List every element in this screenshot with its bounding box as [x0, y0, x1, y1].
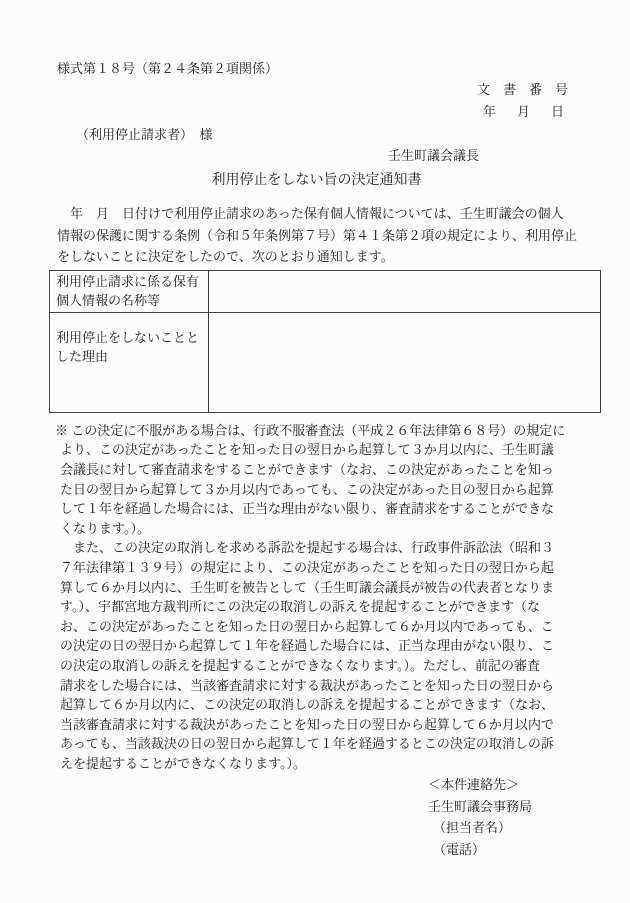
text-line: 起算して６か月以内に、この決定の取消しの訴えを提起することができます（なお、 [60, 695, 576, 715]
text-line: ※ この決定に不服がある場合は、行政不服審査法（平成２６年法律第６８号）の規定に [55, 421, 576, 441]
row-value-personal-info-name [209, 270, 601, 312]
document-title: 利用停止をしない旨の決定通知書 [57, 173, 576, 189]
document-number-label: 文 書 番 号 [57, 83, 576, 97]
text-line: くなります。）。 [60, 519, 576, 539]
text-line: 算して６か月以内に、壬生町を被告として（壬生町議会議長が被告の代表者となりま [60, 578, 576, 598]
contact-block: ＜本件連絡先＞ 壬生町議会事務局 （担当者名） （電話） [57, 774, 576, 860]
row-label-reason: 利用停止をしないこととした理由 [50, 312, 209, 412]
text-line: また、この決定の取消しを求める訴訟を提起する場合は、行政事件訴訟法（昭和３ [60, 538, 576, 558]
text-line: 会議長に対して審査請求をすることができます（なお、この決定があったことを知っ [60, 460, 576, 480]
note-paragraph: ※ この決定に不服がある場合は、行政不服審査法（平成２６年法律第６８号）の規定に… [57, 421, 576, 774]
info-table: 利用停止請求に係る保有個人情報の名称等 利用停止をしないこととした理由 [49, 270, 601, 413]
text-line: の決定の取消しの訴えを提起することができなくなります。）。ただし、前記の審査 [60, 656, 576, 676]
text-line: お、この決定があったことを知った日の翌日から起算して６か月以内であっても、こ [60, 617, 576, 637]
table-row: 利用停止請求に係る保有個人情報の名称等 [50, 270, 601, 312]
text-line: の決定の日の翌日から起算して１年を経過した場合には、正当な理由がない限り、こ [60, 636, 576, 656]
text-line: して１年を経過した場合には、正当な理由がない限り、審査請求をすることができな [60, 499, 576, 519]
document-date-label: 年 月 日 [57, 105, 576, 119]
row-value-reason [209, 312, 601, 412]
text-line: す。）、宇都宮地方裁判所にこの決定の取消しの訴えを提起することができます（な [60, 597, 576, 617]
addressee: （利用停止請求者） 様 [57, 128, 576, 142]
sender-title: 壬生町議会議長 [57, 149, 576, 163]
document-page: 様式第１８号（第２４条第２項関係） 文 書 番 号 年 月 日 （利用停止請求者… [0, 0, 630, 903]
text-line: あっても、当該裁決の日の翌日から起算して１年を経過するとこの決定の取消しの訴 [60, 734, 576, 754]
contact-office: 壬生町議会事務局 [57, 796, 576, 818]
text-line: 年 月 日付けで利用停止請求のあった保有個人情報については、壬生町議会の個人 [57, 203, 576, 225]
text-line: 当該審査請求に対する裁決があったことを知った日の翌日から起算して６か月以内で [60, 715, 576, 735]
text-line: 情報の保護に関する条例（令和５年条例第７号）第４１条第２項の規定により、利用停止 [57, 225, 576, 247]
text-line: えを提起することができなくなります。）。 [60, 754, 576, 774]
form-number: 様式第１８号（第２４条第２項関係） [57, 62, 576, 76]
text-line: ７年法律第１３９号）の規定により、この決定があったことを知った日の翌日から起 [60, 558, 576, 578]
body-paragraph: 年 月 日付けで利用停止請求のあった保有個人情報については、壬生町議会の個人情報… [57, 203, 576, 268]
contact-phone: （電話） [57, 839, 576, 861]
text-line: 請求をした場合には、当該審査請求に対する裁決があったことを知った日の翌日から [60, 676, 576, 696]
table-row: 利用停止をしないこととした理由 [50, 312, 601, 412]
text-line: をしないことに決定をしたので、次のとおり通知します。 [57, 246, 576, 268]
contact-person: （担当者名） [57, 817, 576, 839]
text-line: より、この決定があったことを知った日の翌日から起算して３か月以内に、壬生町議 [60, 440, 576, 460]
row-label-personal-info-name: 利用停止請求に係る保有個人情報の名称等 [50, 270, 209, 312]
text-line: た日の翌日から起算して３か月以内であっても、この決定があった日の翌日から起算 [60, 480, 576, 500]
contact-heading: ＜本件連絡先＞ [57, 774, 576, 796]
